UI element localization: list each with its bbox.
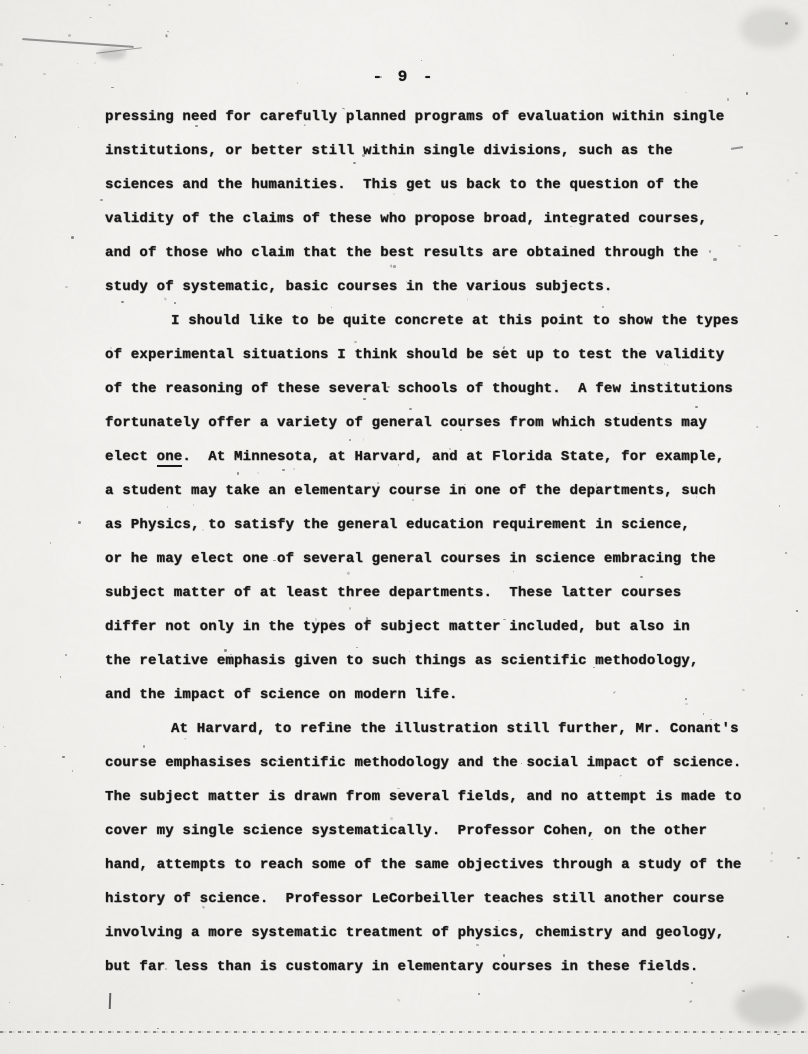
text-line: differ not only in the types of subject … xyxy=(105,610,765,644)
noise-speck xyxy=(77,63,78,64)
noise-speck xyxy=(94,62,96,65)
noise-speck xyxy=(9,1002,10,1003)
document-body: pressing need for carefully planned prog… xyxy=(105,100,765,984)
noise-speck xyxy=(65,286,68,288)
text-line-with-underline: elect one. At Minnesota, at Harvard, and… xyxy=(105,440,765,474)
noise-speck xyxy=(770,860,773,862)
noise-speck xyxy=(796,610,797,611)
noise-speck xyxy=(68,34,71,36)
noise-speck xyxy=(774,235,777,236)
noise-speck xyxy=(78,127,79,128)
paragraph-1: pressing need for carefully planned prog… xyxy=(105,100,765,304)
noise-speck xyxy=(4,746,6,747)
text-line: the relative emphasis given to such thin… xyxy=(105,644,765,678)
text-line: of the reasoning of these several school… xyxy=(105,372,765,406)
noise-speck xyxy=(72,770,73,772)
text-line: of experimental situations I think shoul… xyxy=(105,338,765,372)
noise-speck xyxy=(685,92,687,93)
bottom-right-smudge xyxy=(735,985,805,1027)
noise-speck xyxy=(60,676,61,678)
text-line: but far less than is customary in elemen… xyxy=(105,950,765,984)
noise-speck xyxy=(124,51,126,52)
noise-speck xyxy=(478,993,479,995)
text-line: or he may elect one of several general c… xyxy=(105,542,765,576)
noise-speck xyxy=(396,998,400,1002)
noise-speck xyxy=(439,1034,440,1036)
text-line: a student may take an elementary course … xyxy=(105,474,765,508)
noise-speck xyxy=(690,1000,693,1003)
noise-speck xyxy=(50,542,51,545)
text-line: course emphasises scientific methodology… xyxy=(105,746,765,780)
noise-speck xyxy=(797,857,799,859)
noise-speck xyxy=(777,1034,779,1036)
text-line: fortunately offer a variety of general c… xyxy=(105,406,765,440)
noise-speck xyxy=(157,1028,159,1030)
text-line: validity of the claims of these who prop… xyxy=(105,202,765,236)
tick-mark xyxy=(109,993,112,1009)
noise-speck xyxy=(785,22,788,24)
noise-speck xyxy=(746,92,748,94)
text-line: involving a more systematic treatment of… xyxy=(105,916,765,950)
noise-speck xyxy=(673,54,674,56)
noise-speck xyxy=(779,505,780,507)
noise-speck xyxy=(166,31,168,33)
noise-speck xyxy=(65,654,67,656)
noise-speck xyxy=(720,1038,721,1039)
noise-speck xyxy=(15,136,17,138)
noise-speck xyxy=(111,87,114,89)
text-line: history of science. Professor LeCorbeill… xyxy=(105,882,765,916)
noise-speck xyxy=(0,63,3,65)
noise-speck xyxy=(89,17,92,18)
text-line: as Physics, to satisfy the general educa… xyxy=(105,508,765,542)
noise-speck xyxy=(787,936,789,938)
noise-speck xyxy=(100,199,103,200)
noise-speck xyxy=(787,179,789,181)
text-line: study of systematic, basic courses in th… xyxy=(105,270,765,304)
noise-speck xyxy=(3,726,4,728)
underlined-word: one xyxy=(157,449,183,467)
text-line: and the impact of science on modern life… xyxy=(105,678,765,712)
noise-speck xyxy=(795,172,798,174)
paragraph-3: At Harvard, to refine the illustration s… xyxy=(105,712,765,984)
text-line: At Harvard, to refine the illustration s… xyxy=(105,712,765,746)
top-right-smudge xyxy=(740,8,800,48)
text-line: institutions, or better still within sin… xyxy=(105,134,765,168)
noise-speck xyxy=(71,236,74,239)
noise-speck xyxy=(62,756,64,759)
text-line: and of those who claim that the best res… xyxy=(105,236,765,270)
noise-speck xyxy=(785,552,787,554)
smudge-mark xyxy=(98,48,126,60)
noise-speck xyxy=(770,851,772,854)
text-line: cover my single science systematically. … xyxy=(105,814,765,848)
paragraph-2: I should like to be quite concrete at th… xyxy=(105,304,765,712)
scratch-mark xyxy=(22,38,134,48)
noise-speck xyxy=(28,900,30,901)
text-line: sciences and the humanities. This get us… xyxy=(105,168,765,202)
noise-speck xyxy=(1,884,4,885)
bottom-scan-line xyxy=(0,1031,808,1033)
noise-speck xyxy=(78,521,81,524)
noise-speck xyxy=(801,694,802,695)
text-line: pressing need for carefully planned prog… xyxy=(105,100,765,134)
noise-speck xyxy=(742,990,745,991)
scanned-document-page: - 9 - pressing need for carefully planne… xyxy=(0,0,808,1054)
noise-speck xyxy=(108,4,110,6)
text-segment: elect xyxy=(105,449,157,465)
noise-speck xyxy=(166,35,168,38)
text-line: subject matter of at least three departm… xyxy=(105,576,765,610)
page-number: - 9 - xyxy=(0,68,808,86)
text-line: hand, attempts to reach some of the same… xyxy=(105,848,765,882)
text-line: I should like to be quite concrete at th… xyxy=(105,304,765,338)
noise-speck xyxy=(421,60,422,61)
text-segment: . At Minnesota, at Harvard, and at Flori… xyxy=(182,449,724,465)
text-line: The subject matter is drawn from several… xyxy=(105,780,765,814)
